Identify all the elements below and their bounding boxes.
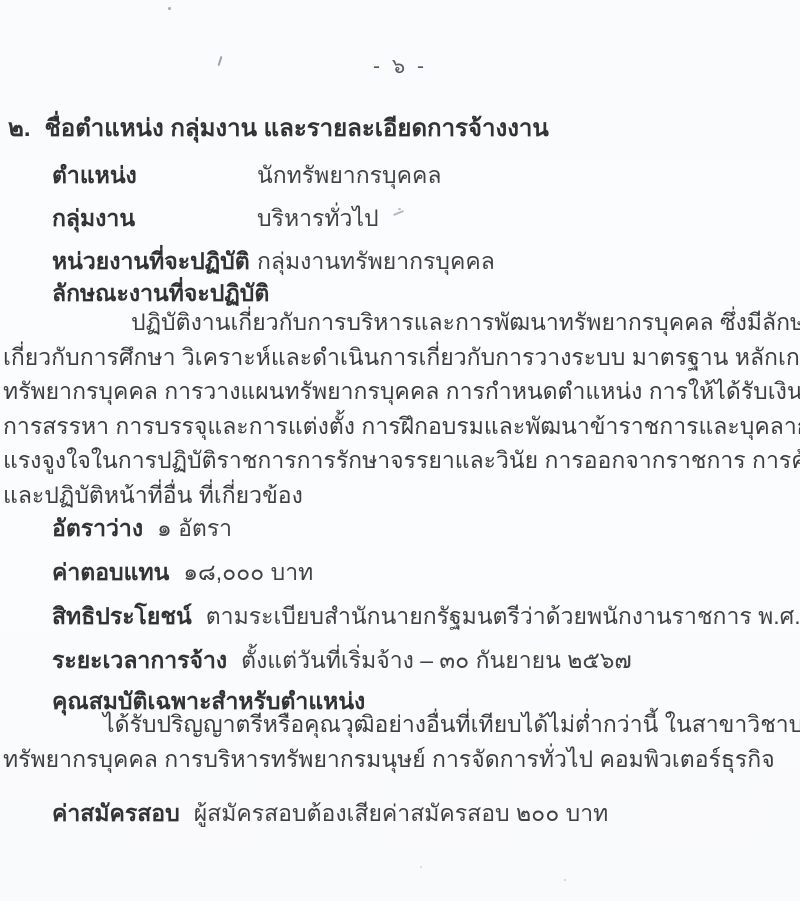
field-label-workgroup: กลุ่มงาน xyxy=(52,201,135,237)
duty-line: แรงจูงใจในการปฏิบัติราชการการรักษาจรรยาแ… xyxy=(3,443,798,478)
duty-line: ทรัพยากรบุคคล การวางแผนทรัพยากรบุคคล การ… xyxy=(3,374,798,409)
detail-label-employment-period: ระยะเวลาการจ้าง xyxy=(52,647,227,673)
section-heading-text: ชื่อตำแหน่ง กลุ่มงาน และรายละเอียดการจ้า… xyxy=(45,115,549,142)
fee-row: ค่าสมัครสอบผู้สมัครสอบต้องเสียค่าสมัครสอ… xyxy=(52,796,608,832)
field-label-unit: หน่วยงานที่จะปฏิบัติ xyxy=(52,244,250,280)
duty-line: การสรรหา การบรรจุและการแต่งตั้ง การฝึกอบ… xyxy=(3,409,798,444)
duty-line: เกี่ยวกับการศึกษา วิเคราะห์และดำเนินการเ… xyxy=(3,340,798,375)
detail-value-benefits: ตามระเบียบสำนักนายกรัฐมนตรีว่าด้วยพนักงา… xyxy=(206,603,800,629)
qualification-paragraph: ได้รับปริญญาตรีหรือคุณวุฒิอย่างอื่นที่เท… xyxy=(3,707,798,777)
duty-paragraph: ปฏิบัติงานเกี่ยวกับการบริหารและการพัฒนาท… xyxy=(3,305,798,513)
page-number: - ๖ - xyxy=(0,50,800,83)
field-value-position: นักทรัพยากรบุคคล xyxy=(257,158,441,194)
field-value-unit: กลุ่มงานทรัพยากรบุคคล xyxy=(257,244,495,280)
scan-speck xyxy=(393,210,404,216)
section-heading-number: ๒. xyxy=(8,115,31,142)
document-page: - ๖ - ๒.ชื่อตำแหน่ง กลุ่มงาน และรายละเอี… xyxy=(0,0,800,901)
field-label-position: ตำแหน่ง xyxy=(52,158,137,194)
detail-value-compensation: ๑๘,๐๐๐ บาท xyxy=(183,559,313,585)
scan-speck xyxy=(564,879,566,881)
qualification-line: ได้รับปริญญาตรีหรือคุณวุฒิอย่างอื่นที่เท… xyxy=(3,707,798,742)
detail-row-compensation: ค่าตอบแทน๑๘,๐๐๐ บาท xyxy=(52,555,313,591)
detail-row-benefits: สิทธิประโยชน์ตามระเบียบสำนักนายกรัฐมนตรี… xyxy=(52,599,800,635)
detail-value-vacancy: ๑ อัตรา xyxy=(157,515,232,541)
detail-label-compensation: ค่าตอบแทน xyxy=(52,559,169,585)
duty-line: และปฏิบัติหน้าที่อื่น ที่เกี่ยวข้อง xyxy=(3,478,798,513)
scan-speck xyxy=(398,208,401,210)
duty-line: ปฏิบัติงานเกี่ยวกับการบริหารและการพัฒนาท… xyxy=(3,305,798,340)
fee-value: ผู้สมัครสอบต้องเสียค่าสมัครสอบ ๒๐๐ บาท xyxy=(194,800,609,826)
scan-speck xyxy=(420,866,422,868)
detail-label-vacancy: อัตราว่าง xyxy=(52,515,143,541)
detail-value-employment-period: ตั้งแต่วันที่เริ่มจ้าง – ๓๐ กันยายน ๒๕๖๗ xyxy=(241,647,632,673)
fee-label: ค่าสมัครสอบ xyxy=(52,800,180,826)
qualification-line: ทรัพยากรบุคคล การบริหารทรัพยากรมนุษย์ กา… xyxy=(3,742,798,777)
field-value-workgroup: บริหารทั่วไป xyxy=(257,201,379,237)
detail-row-vacancy: อัตราว่าง๑ อัตรา xyxy=(52,511,232,547)
detail-row-employment-period: ระยะเวลาการจ้างตั้งแต่วันที่เริ่มจ้าง – … xyxy=(52,643,632,679)
detail-label-benefits: สิทธิประโยชน์ xyxy=(52,603,192,629)
section-heading: ๒.ชื่อตำแหน่ง กลุ่มงาน และรายละเอียดการจ… xyxy=(8,108,549,147)
scan-speck xyxy=(168,7,171,10)
